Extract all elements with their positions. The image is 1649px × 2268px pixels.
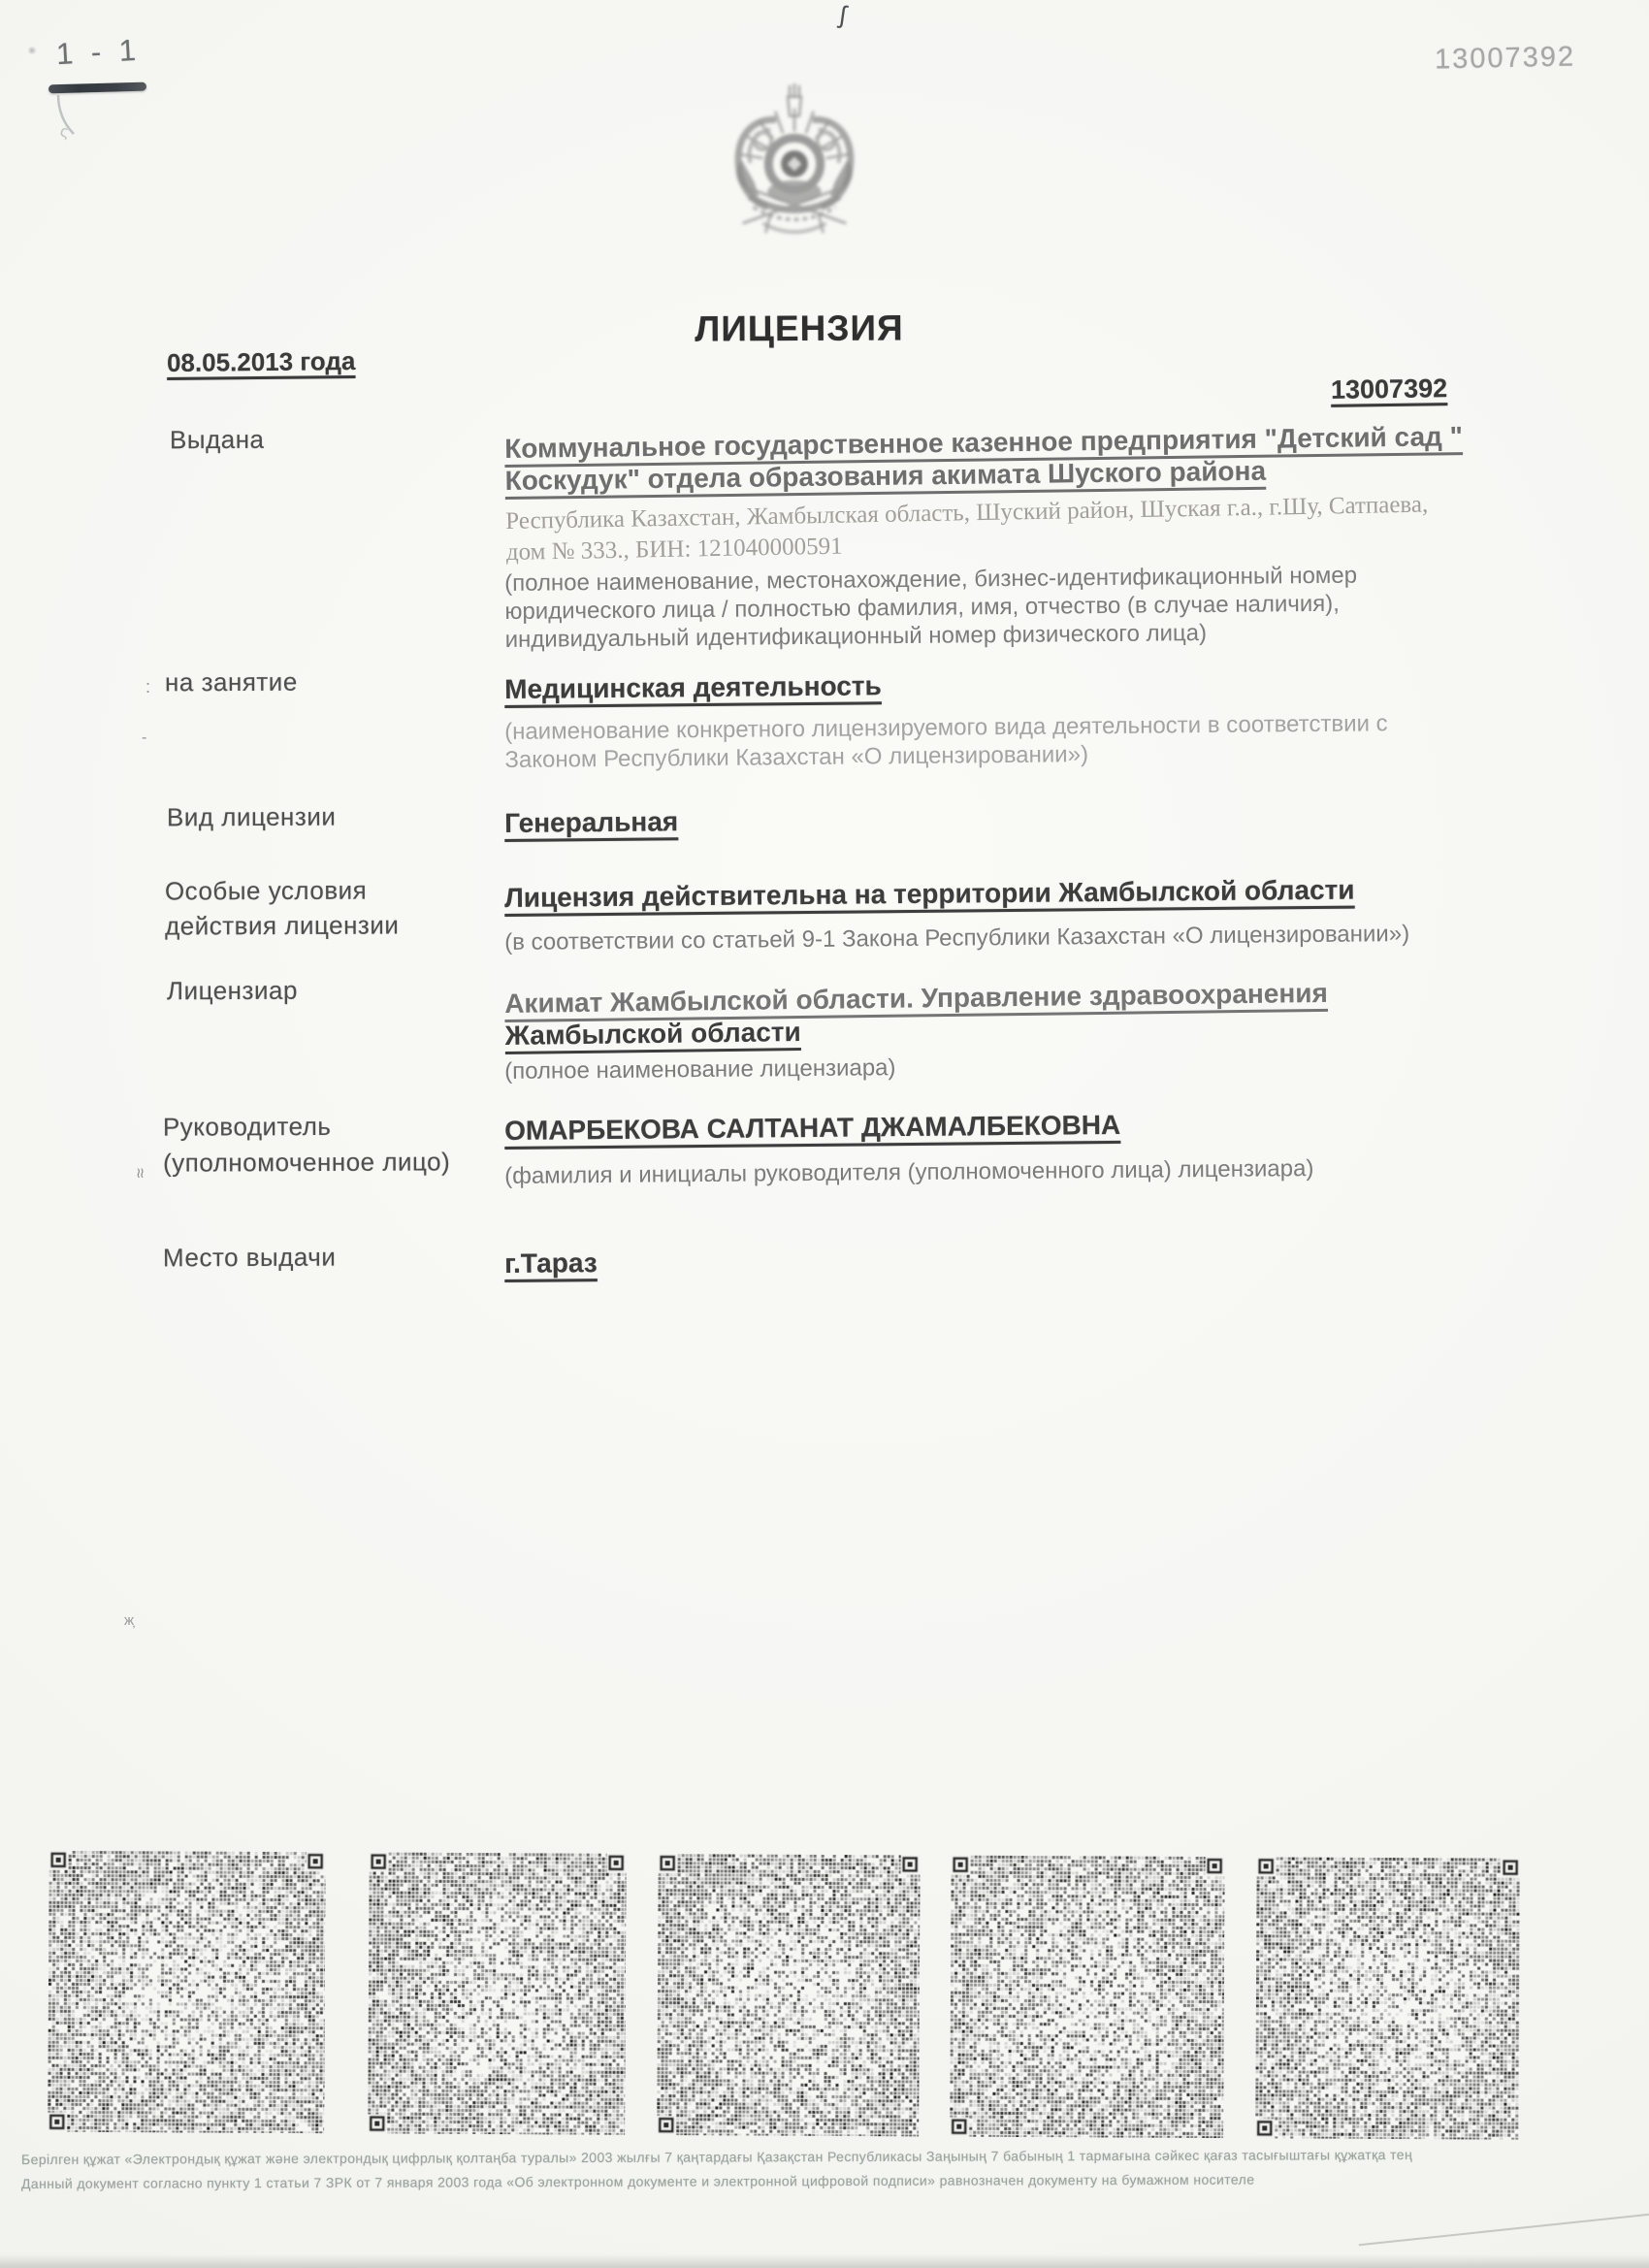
license-document-page: ʃ 1 - 1 ς 13007392 [0, 0, 1649, 2268]
barcode-block-2 [368, 1853, 627, 2135]
barcode-block-1 [48, 1851, 326, 2133]
scan-bottom-shadow [0, 2254, 1649, 2268]
barcode-block-3 [657, 1854, 921, 2136]
barcode-block-5 [1255, 1857, 1521, 2139]
barcode-block-4 [950, 1856, 1225, 2138]
barcode-strip [0, 0, 1649, 2268]
